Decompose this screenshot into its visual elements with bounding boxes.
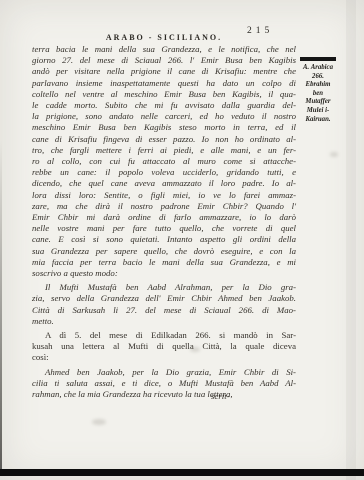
body-text: terra bacia le mani della sua Grandezza,…	[32, 44, 296, 403]
margin-note: A. Arabica266.EbrahimbenMutafferMulei i-…	[286, 57, 350, 124]
text-line: mia faccia per terra bacio le mani della…	[32, 257, 296, 268]
text-line: rebbe un cane: il popolo voleva ucciderl…	[32, 167, 296, 178]
text-line: cane. E così si sono quietati. Intanto a…	[32, 234, 296, 245]
text-line: sua Grandezza per sapere quello, che dov…	[32, 246, 296, 257]
scan-stain	[330, 152, 338, 157]
running-title: ARABO - SICILIANO.	[106, 33, 222, 42]
text-line: tro, che fargli mettere i ferri ai piedi…	[32, 145, 296, 156]
text-line: cane di Krisafiu fingeva di esser pazzo.…	[32, 134, 296, 145]
text-line: Città di Sarkusah li 27. del mese di Sci…	[32, 305, 296, 316]
text-line: terra bacia le mani della sua Grandezza,…	[32, 44, 296, 55]
margin-note-line: Mulei i-	[286, 107, 350, 116]
text-line: la prigione, sono andato nelle carceri, …	[32, 111, 296, 122]
page-number: 215	[247, 26, 273, 36]
margin-note-line: Mutaffer	[286, 98, 350, 107]
scan-stain	[92, 419, 106, 425]
paragraph: A dì 5. del mese di Edilkadan 266. si ma…	[32, 330, 296, 364]
text-line: zare, ma che dirà il nostro padrone Emir…	[32, 201, 296, 212]
margin-note-lines: A. Arabica266.EbrahimbenMutafferMulei i-…	[286, 64, 350, 124]
text-line: rahman, che la mia Grandezza ha ricevuto…	[32, 389, 296, 400]
text-line: nelle vostre mani per fare tutto quello,…	[32, 223, 296, 234]
margin-note-line: A. Arabica	[286, 64, 350, 73]
text-line: meschino Emir Busa ben Kagibis steso mor…	[32, 122, 296, 133]
text-line: ro al collo, con cui fu attaccato al mur…	[32, 156, 296, 167]
margin-note-line: ben	[286, 90, 350, 99]
paragraph: terra bacia le mani della sua Grandezza,…	[32, 44, 296, 279]
scan-left-edge-shadow	[0, 140, 2, 470]
text-line: zia, servo della Grandezza dell' Emir Ch…	[32, 293, 296, 304]
text-line: Ahmed ben Jaakob, per la Dio grazia, Emi…	[32, 367, 296, 378]
scan-bottom-bar	[0, 469, 364, 476]
scan-right-streak	[346, 0, 356, 480]
text-line: kusah una lettera al Mufti di quella Cit…	[32, 341, 296, 352]
text-line: lora dissi loro: Sentite, o figli miei, …	[32, 190, 296, 201]
margin-note-line: 266.	[286, 73, 350, 82]
scanned-book-page: ARABO - SICILIANO. 215 terra bacia le ma…	[0, 0, 364, 480]
margin-rule-icon	[300, 57, 336, 61]
text-line: metto.	[32, 316, 296, 327]
text-line: dicendo, che quel cane aveva ammazzato i…	[32, 178, 296, 189]
text-line: parlavano insieme inaspettatamente quest…	[32, 78, 296, 89]
paragraph: Il Mufti Mustafà ben Aabd Alrahman, per …	[32, 282, 296, 327]
text-line: soscrivo a questo modo:	[32, 268, 296, 279]
scan-stain	[190, 347, 200, 352]
catchword: scrit-	[211, 391, 230, 401]
text-line: Emir Chbir mi darà ordine di farlo ammaz…	[32, 212, 296, 223]
text-line: cilia ti saluta assai, e ti dice, o Muft…	[32, 378, 296, 389]
text-line: Il Mufti Mustafà ben Aabd Alrahman, per …	[32, 282, 296, 293]
text-line: così:	[32, 352, 296, 363]
paragraph: Ahmed ben Jaakob, per la Dio grazia, Emi…	[32, 367, 296, 401]
text-line: le cadde morto. Subito che mi fu avvisat…	[32, 100, 296, 111]
margin-note-line: Kairuan.	[286, 116, 350, 125]
text-line: andò per visitare nella prigione il cane…	[32, 66, 296, 77]
text-line: giorno 27. del mese di Sciaual 266. l' E…	[32, 55, 296, 66]
text-line: coltello nel ventre al meschino Emir Bus…	[32, 89, 296, 100]
text-line: A dì 5. del mese di Edilkadan 266. si ma…	[32, 330, 296, 341]
margin-note-line: Ebrahim	[286, 81, 350, 90]
